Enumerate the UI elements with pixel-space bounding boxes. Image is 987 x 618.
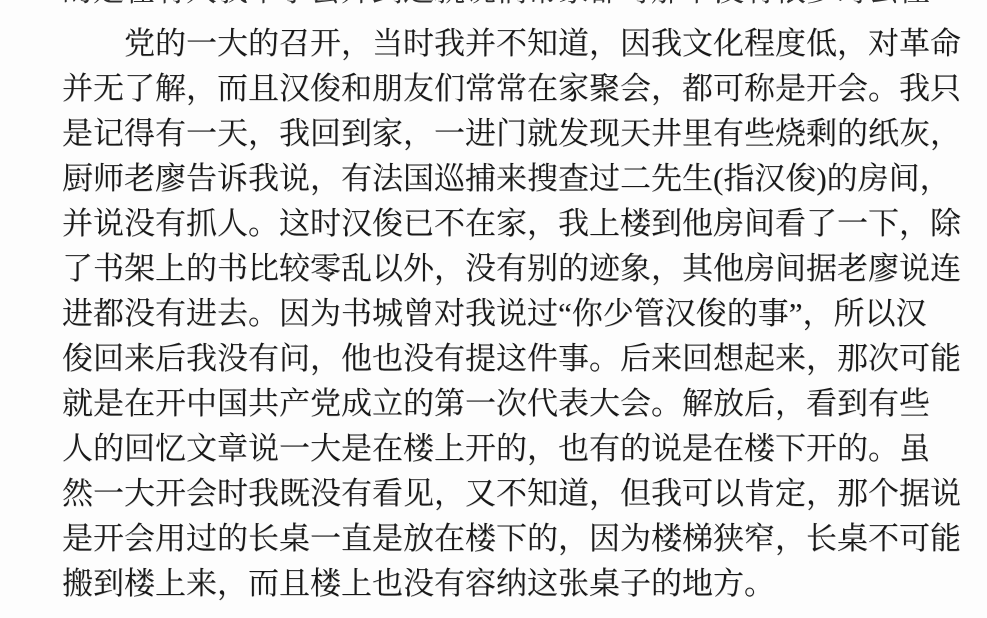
clipped-previous-line: 的是在有人我不了会开到这就说们常家都可那下没有很多时去住 <box>62 0 962 8</box>
scanned-page: 的是在有人我不了会开到这就说们常家都可那下没有很多时去住 党的一大的召开，当时我… <box>0 0 987 618</box>
text-line: 进都没有进去。因为书城曾对我说过“你少管汉俊的事”，所以汉 <box>62 291 964 336</box>
text-line: 就是在开中国共产党成立的第一次代表大会。解放后，看到有些 <box>62 381 964 426</box>
clipped-previous-line-strokes: 的是在有人我不了会开到这就说们常家都可那下没有很多时去住 <box>62 0 962 6</box>
text-line: 搬到楼上来，而且楼上也没有容纳这张桌子的地方。 <box>62 561 964 606</box>
text-line: 俊回来后我没有问，他也没有提这件事。后来回想起来，那次可能 <box>62 336 964 381</box>
text-line: 党的一大的召开，当时我并不知道，因我文化程度低，对革命 <box>62 21 964 66</box>
memoir-paragraph: 党的一大的召开，当时我并不知道，因我文化程度低，对革命并无了解，而且汉俊和朋友们… <box>62 21 964 606</box>
text-line: 是记得有一天，我回到家，一进门就发现天井里有些烧剩的纸灰， <box>62 111 964 156</box>
text-line: 厨师老廖告诉我说，有法国巡捕来搜查过二先生(指汉俊)的房间， <box>62 156 964 201</box>
text-line: 人的回忆文章说一大是在楼上开的，也有的说是在楼下开的。虽 <box>62 426 964 471</box>
text-line: 并无了解，而且汉俊和朋友们常常在家聚会，都可称是开会。我只 <box>62 66 964 111</box>
text-line: 了书架上的书比较零乱以外，没有别的迹象，其他房间据老廖说连 <box>62 246 964 291</box>
text-line: 然一大开会时我既没有看见，又不知道，但我可以肯定，那个据说 <box>62 471 964 516</box>
text-line: 并说没有抓人。这时汉俊已不在家，我上楼到他房间看了一下，除 <box>62 201 964 246</box>
text-line: 是开会用过的长桌一直是放在楼下的，因为楼梯狭窄，长桌不可能 <box>62 516 964 561</box>
